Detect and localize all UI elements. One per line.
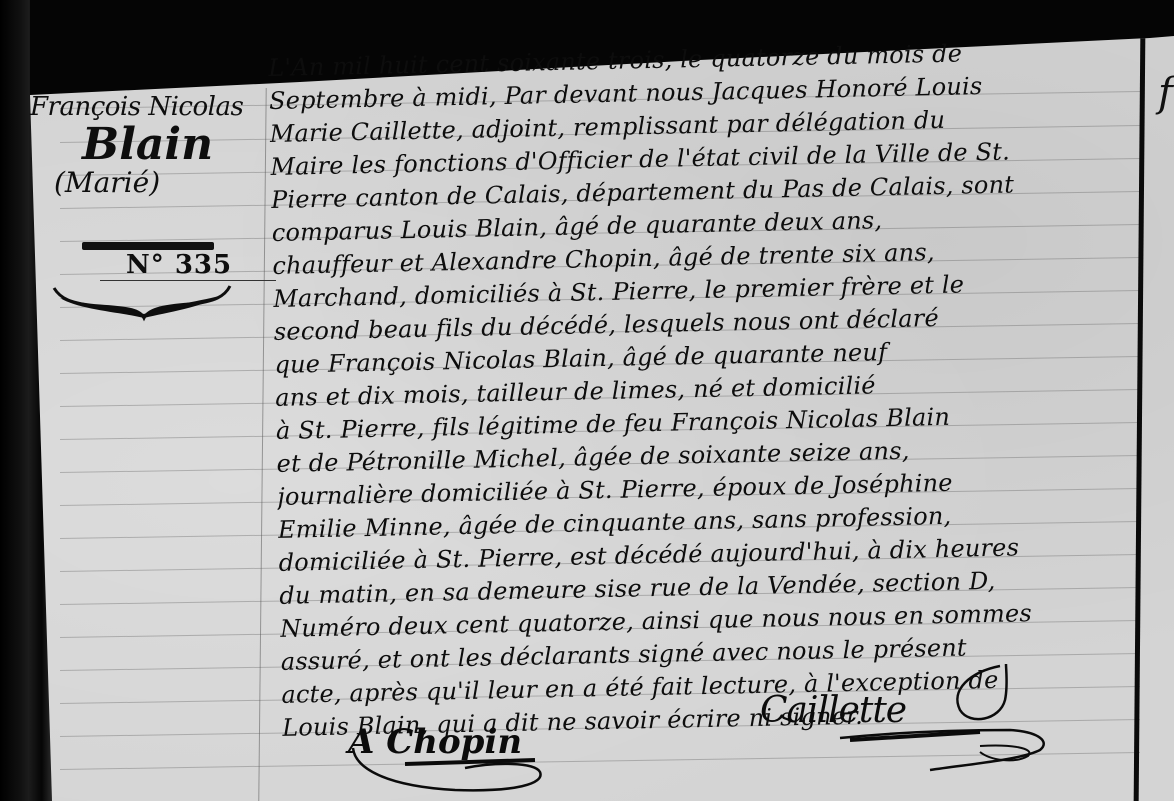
signature-flourish-icon	[345, 738, 555, 798]
margin-double-rule	[82, 242, 214, 250]
adjacent-page-glyph: f	[1158, 70, 1173, 116]
margin-entry: François Nicolas Blain (Marié) N° 335	[30, 92, 260, 198]
signature-flourish-icon	[800, 660, 1070, 780]
margin-status: (Marié)	[54, 168, 260, 198]
flourish-ornament-icon	[40, 284, 240, 324]
margin-given-names: François Nicolas	[30, 92, 260, 122]
act-number: N° 335	[100, 250, 276, 281]
margin-surname: Blain	[82, 122, 260, 168]
act-body-text: L'An mil huit cent soixante trois, le qu…	[268, 34, 1152, 745]
